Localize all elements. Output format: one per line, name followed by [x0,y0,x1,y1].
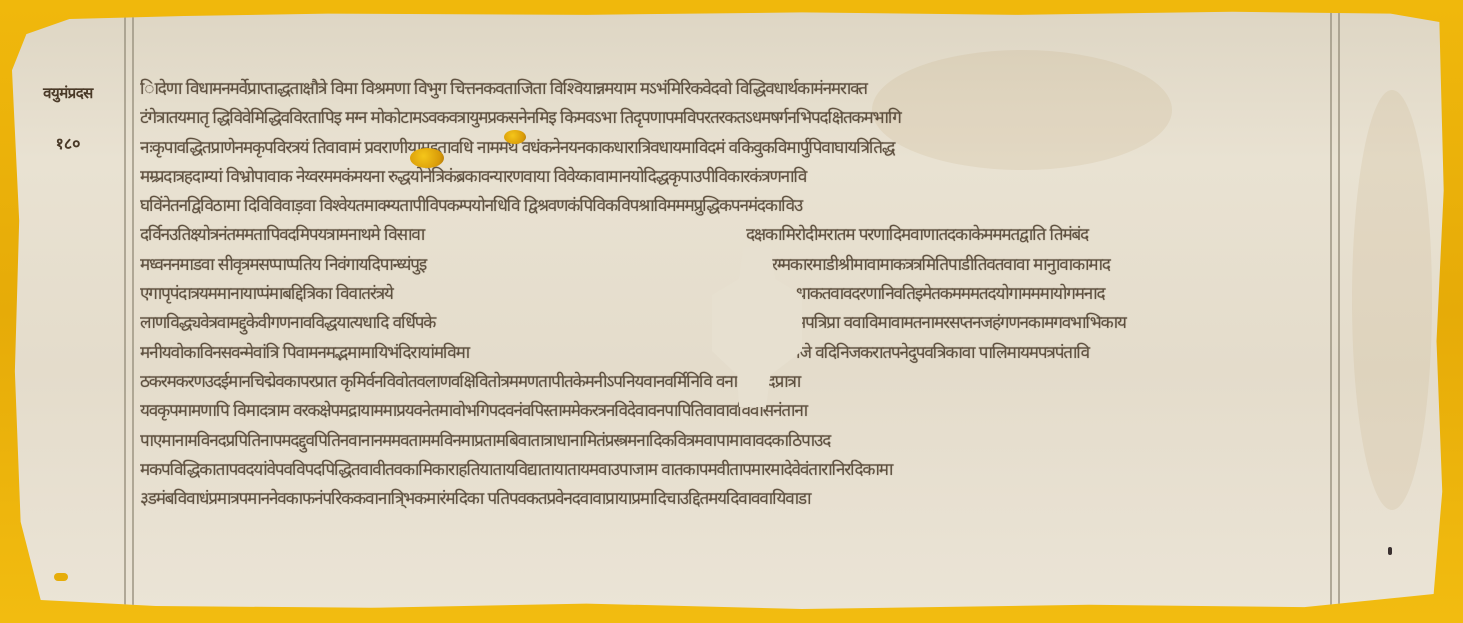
text-line: घविंनेतनद्विविठामा दिविविवाड़वा विश्वेयत… [140,192,1326,221]
text-line: मकपविद्धिकातापवदयांवेपवविपदपिद्धितवावीतव… [140,456,1326,485]
wax-drop [504,130,526,144]
margin-title-abbreviation: वयुमंप्रदस [12,83,124,103]
text-line-right: धाकतवावदरणानिवतिइमेतकमममतदयोगामममायोगमना… [796,280,1326,309]
text-line: यवकृपमामणापि विमादत्राम वरकक्षेपमद्रायाम… [140,397,1326,426]
text-line-right: श्रममपत्रिप्रा ववाविमावामतनामरसप्तनजहंगण… [776,309,1326,338]
text-line-left: एगापृपंदात्रयममानायाप्पंमाबद्दित्रिका वि… [140,280,660,309]
text-line-right: दक्षकामिरोदीमरातम परणादिमवाणातदकाकेमममतद… [746,221,1326,250]
right-margin-rule [1330,10,1332,612]
text-line-left: लाणविद्ध्यवेत्रवामद्दुकेवीगणनावविद्धयात्… [140,309,695,338]
text-line: ठकरमकरणउदईमानचिद्मेवकापरप्रात कृमिर्वनवि… [140,368,1326,397]
text-line-split: दर्विनउतिक्ष्योत्रनंतममतापिवदमिपयत्रामना… [140,221,1326,250]
text-line-left: दर्विनउतिक्ष्योत्रनंतममतापिवदमिपयत्रामना… [140,221,710,250]
text-line-left: मनीयवोकाविनसवन्मेवांत्रि पिवामनमद्भमामाय… [140,339,700,368]
text-line-split: मध्वननमाडवा सीवृत्रमसप्पाप्पतिय निवंगायद… [140,251,1326,280]
text-line: पाएमानामविनदप्रपितिनापमदद्दुवपितिनवानानम… [140,427,1326,456]
text-line: मम्र्प्रदात्रहदाम्यां विभ्रोपावाक नेय्वर… [140,163,1326,192]
left-margin-rule [124,10,126,612]
text-line-left: मध्वननमाडवा सीवृत्रमसप्पाप्पतिय निवंगायद… [140,251,640,280]
text-line-right: रम्मकारमाडीश्रीमावामाकत्रत्रमितिपाडीतिवत… [771,251,1326,280]
text-line: ािदेणा विधामनमर्वेप्राप्ताद्धताक्षौत्रे … [140,75,1326,104]
paper-damage-chip [54,573,68,581]
left-margin-rule [132,10,134,612]
paper-stain [1352,90,1432,510]
right-margin-rule [1338,10,1340,612]
text-line: ३डमंबविवाधंप्रमात्रपमाननेवकाफनंपरिककवाना… [140,485,1326,514]
folio-number: १८० [12,132,124,154]
text-line-right: २मारामागजे वदिनिजकरातपनेदुपवत्रिकावा पाल… [746,339,1326,368]
text-line: नःकृपावद्धितप्राणेनमकृपविरत्रयं तिवावामं… [140,134,1326,163]
right-margin-mark [1388,547,1392,555]
wax-drop [410,148,444,168]
manuscript-folio: वयुमंप्रदस १८० ािदेणा विधामनमर्वेप्राप्त… [12,10,1448,612]
text-line: टंगेत्रातयमातृ द्धिविवेमिद्धिवविरतापिइ म… [140,104,1326,133]
